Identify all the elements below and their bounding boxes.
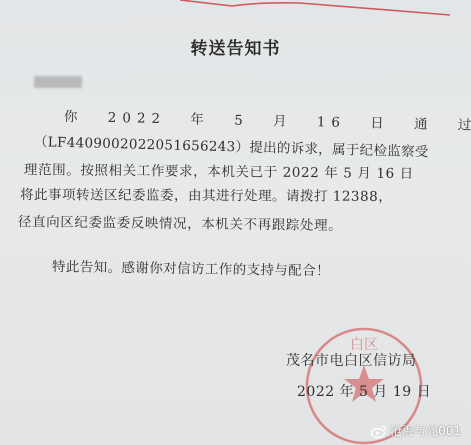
paragraph-line-2: （LF44090020220516​56243）提出的诉求，属于纪检监察受 [34, 130, 429, 160]
watermark: 沧海与光001 [371, 422, 461, 439]
paragraph-line-4: 将此事项转送区纪委监委，由其进行处理。请拨打 12388， [20, 183, 392, 205]
watermark-text: 沧海与光001 [390, 422, 461, 439]
paragraph-line-5: 径直向区纪委监委反映情况，本机关不再跟踪处理。 [18, 210, 343, 234]
header-red-line [0, 0, 471, 20]
closing-line: 特此告知。感谢你对信访工作的支持与配合！ [52, 255, 330, 279]
redacted-recipient-name [34, 76, 82, 88]
paragraph-line-1: 你 2022 年 5 月 16 日 通 过 走 访 [64, 105, 471, 135]
document-paper: 转送告知书 你 2022 年 5 月 16 日 通 过 走 访 （LF44090… [0, 0, 471, 445]
weibo-icon [371, 424, 387, 438]
issuer-name: 茂名市电白区信访局 [286, 350, 417, 370]
paragraph-line-3: 理范围。按照相关工作要求，本机关已于 2022 年 5 月 16 日 [24, 158, 414, 182]
document-title: 转送告知书 [0, 34, 471, 59]
issue-date: 2022 年 5 月 19 日 [297, 381, 431, 401]
